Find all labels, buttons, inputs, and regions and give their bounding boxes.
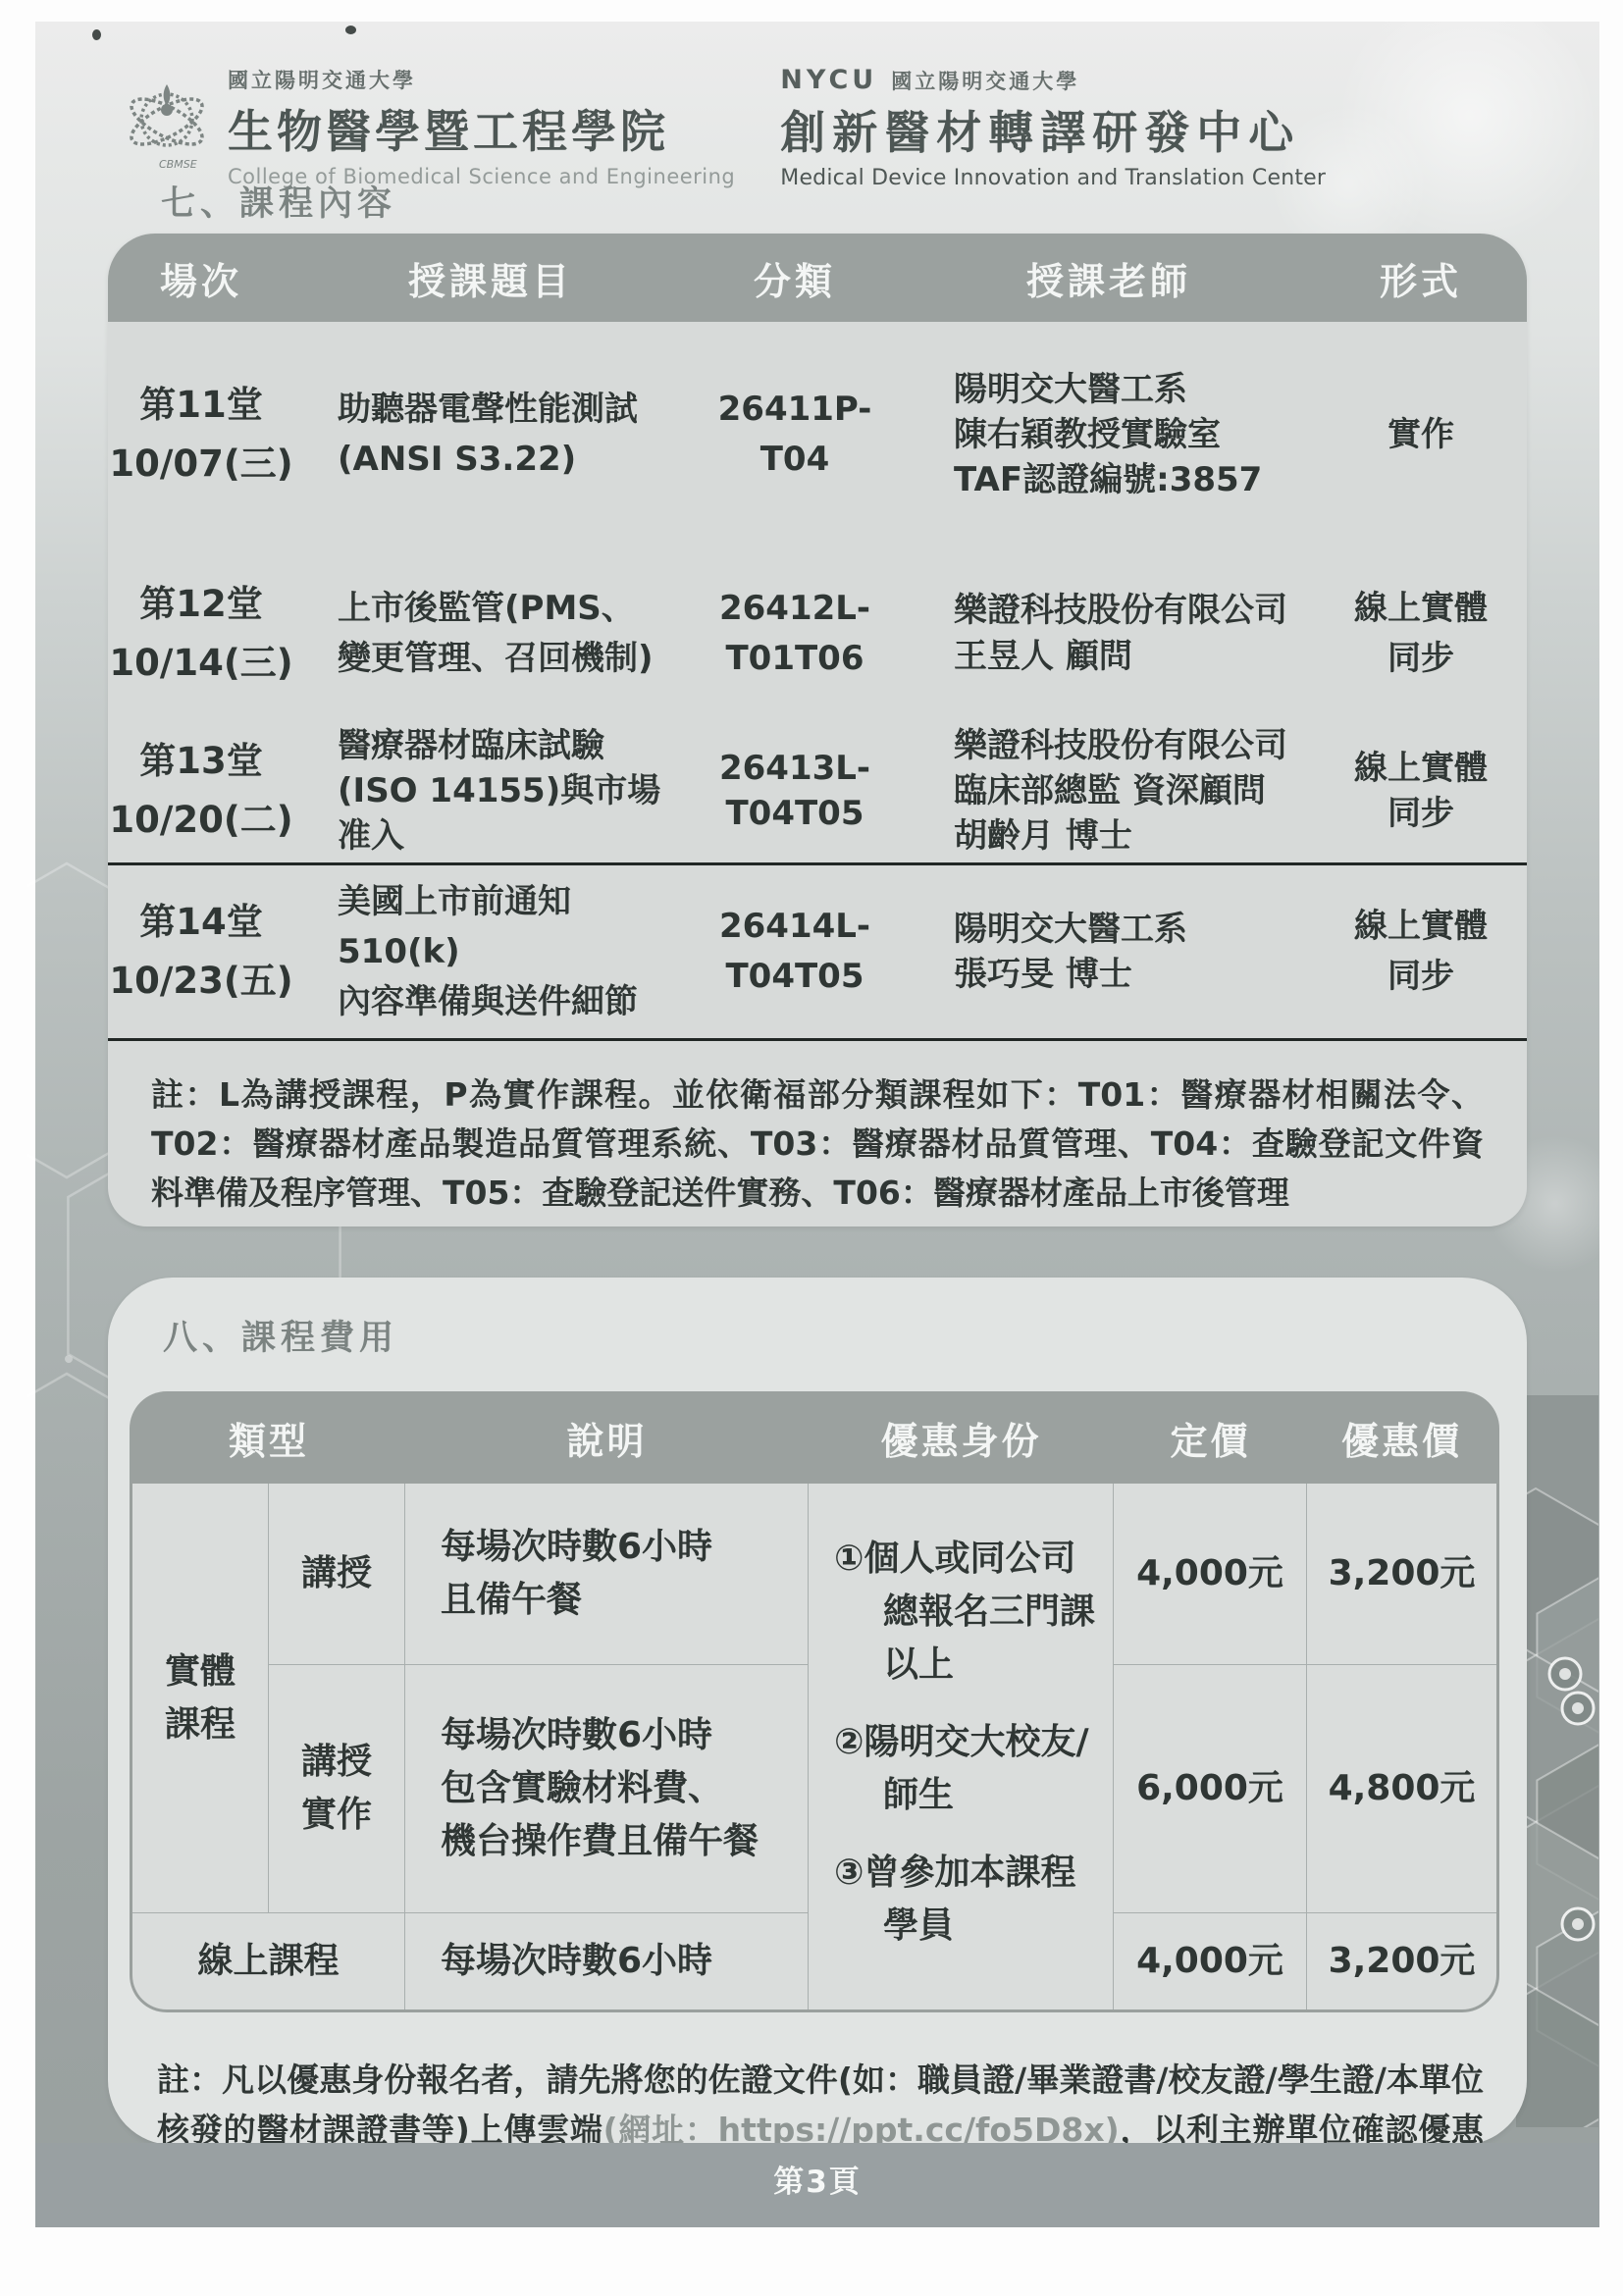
university-name-small-right: 國立陽明交通大學 (891, 66, 1079, 95)
session-cell: 第11堂 10/07(三) (108, 322, 294, 548)
col-header-teacher: 授課老師 (903, 251, 1315, 305)
col-header-topic: 授課題目 (294, 251, 687, 305)
type-cell-online: 線上課程 (132, 1913, 405, 2009)
course-table-card: 場次 授課題目 分類 授課老師 形式 第11堂 10/07(三) 助聽器電聲性能… (108, 234, 1527, 1226)
teacher-cell: 樂證科技股份有限公司 臨床部總監 資深顧問 胡齡月 博士 (903, 719, 1315, 862)
subtype-cell: 講授 實作 (269, 1665, 405, 1913)
bokeh-circle (1319, 0, 1594, 267)
letterhead: CBMSE 國立陽明交通大學 生物醫學暨工程學院 College of Biom… (120, 65, 1326, 190)
list-price-cell: 6,000元 (1114, 1665, 1307, 1913)
center-title-block: NYCU 國立陽明交通大學 創新醫材轉譯研發中心 Medical Device … (780, 65, 1326, 190)
description-cell: 每場次時數6小時 (405, 1913, 809, 2009)
col-header-description: 說明 (405, 1411, 809, 1465)
topic-cell: 助聽器電聲性能測試 (ANSI S3.22) (294, 322, 687, 548)
course-row: 第13堂 10/20(二) 醫療器材臨床試驗 (ISO 14155)與市場准入 … (108, 719, 1527, 862)
description-cell: 每場次時數6小時 且備午餐 (405, 1484, 809, 1665)
description-cell: 每場次時數6小時 包含實驗材料費、 機台操作費且備午餐 (405, 1665, 809, 1913)
list-price-cell: 4,000元 (1114, 1913, 1307, 2009)
scanned-page: CBMSE 國立陽明交通大學 生物醫學暨工程學院 College of Biom… (35, 22, 1599, 2227)
eligibility-item: ①個人或同公司 總報名三門課 以上 (834, 1533, 1097, 1692)
col-header-type: 類型 (132, 1411, 405, 1465)
session-cell: 第12堂 10/14(三) (108, 548, 294, 719)
center-name-en: Medical Device Innovation and Translatio… (780, 166, 1326, 190)
course-row: 第12堂 10/14(三) 上市後監管(PMS、 變更管理、召回機制) 2641… (108, 548, 1527, 719)
fee-section-card: 八、課程費用 類型 說明 優惠身份 定價 優惠價 實體 課程 講授 講授 實作 … (108, 1278, 1527, 2145)
discount-price-cell: 3,200元 (1307, 1484, 1496, 1665)
list-price-cell: 4,000元 (1114, 1484, 1307, 1665)
teacher-cell: 陽明交大醫工系 陳右穎教授實驗室 TAF認證編號:3857 (903, 322, 1315, 548)
discount-price-cell: 4,800元 (1307, 1665, 1496, 1913)
teacher-cell: 陽明交大醫工系 張巧旻 博士 (903, 865, 1315, 1038)
format-cell: 實作 (1315, 322, 1527, 548)
logo-caption: CBMSE (159, 158, 197, 171)
col-header-code: 分類 (687, 251, 903, 305)
col-header-eligibility: 優惠身份 (809, 1411, 1114, 1465)
type-group-cell: 實體 課程 (132, 1484, 269, 1913)
course-table-header: 場次 授課題目 分類 授課老師 形式 (108, 234, 1527, 322)
session-cell: 第14堂 10/23(五) (108, 865, 294, 1038)
footer-band: 第3頁 (35, 2143, 1599, 2227)
code-cell: 26412L- T01T06 (687, 548, 903, 719)
fee-table-body: 實體 課程 講授 講授 實作 每場次時數6小時 且備午餐 每場次時數6小時 包含… (130, 1484, 1499, 2012)
topic-cell: 上市後監管(PMS、 變更管理、召回機制) (294, 548, 687, 719)
format-cell: 線上實體 同步 (1315, 865, 1527, 1038)
topic-cell: 美國上市前通知510(k) 內容準備與送件細節 (294, 865, 687, 1038)
code-cell: 26413L- T04T05 (687, 719, 903, 862)
col-header-session: 場次 (108, 251, 294, 305)
code-cell: 26411P- T04 (687, 322, 903, 548)
format-cell: 線上實體 同步 (1315, 719, 1527, 862)
course-row: 第11堂 10/07(三) 助聽器電聲性能測試 (ANSI S3.22) 264… (108, 322, 1527, 548)
col-header-format: 形式 (1315, 251, 1527, 305)
page-number: 第3頁 (773, 2157, 862, 2201)
eligibility-cell: ①個人或同公司 總報名三門課 以上 ②陽明交大校友/ 師生 ③曾參加本課程 學員 (809, 1484, 1114, 2009)
course-row: 第14堂 10/23(五) 美國上市前通知510(k) 內容準備與送件細節 26… (108, 865, 1527, 1038)
teacher-cell: 樂證科技股份有限公司 王昱人 顧問 (903, 548, 1315, 719)
fee-table-header: 類型 說明 優惠身份 定價 優惠價 (130, 1391, 1499, 1484)
cbmse-atom-logo: CBMSE (120, 71, 214, 173)
section7-title: 七、課程內容 (161, 177, 396, 226)
section8-title: 八、課程費用 (163, 1311, 398, 1360)
course-table-note: 註：L為講授課程，P為實作課程。並依衛福部分類課程如下：T01：醫療器材相關法令… (108, 1041, 1527, 1218)
col-header-discount-price: 優惠價 (1307, 1411, 1496, 1465)
format-cell: 線上實體 同步 (1315, 548, 1527, 719)
center-name: 創新醫材轉譯研發中心 (780, 97, 1326, 162)
college-title-block: 國立陽明交通大學 生物醫學暨工程學院 College of Biomedical… (228, 65, 735, 188)
code-cell: 26414L- T04T05 (687, 865, 903, 1038)
eligibility-item: ②陽明交大校友/ 師生 (834, 1716, 1097, 1822)
session-cell: 第13堂 10/20(二) (108, 719, 294, 862)
fee-table: 類型 說明 優惠身份 定價 優惠價 實體 課程 講授 講授 實作 每場次時數6小… (130, 1391, 1499, 2012)
nycu-brand: NYCU (780, 65, 877, 95)
scan-speck (92, 29, 101, 40)
col-header-list-price: 定價 (1114, 1411, 1307, 1465)
subtype-cell: 講授 (269, 1484, 405, 1665)
eligibility-item: ③曾參加本課程 學員 (834, 1847, 1097, 1953)
university-name-small: 國立陽明交通大學 (228, 65, 735, 94)
topic-cell: 醫療器材臨床試驗 (ISO 14155)與市場准入 (294, 719, 687, 862)
college-name: 生物醫學暨工程學院 (228, 96, 735, 161)
scan-speck (345, 26, 356, 34)
hexagon-watermark-right (1516, 1395, 1598, 2127)
discount-price-cell: 3,200元 (1307, 1913, 1496, 2009)
